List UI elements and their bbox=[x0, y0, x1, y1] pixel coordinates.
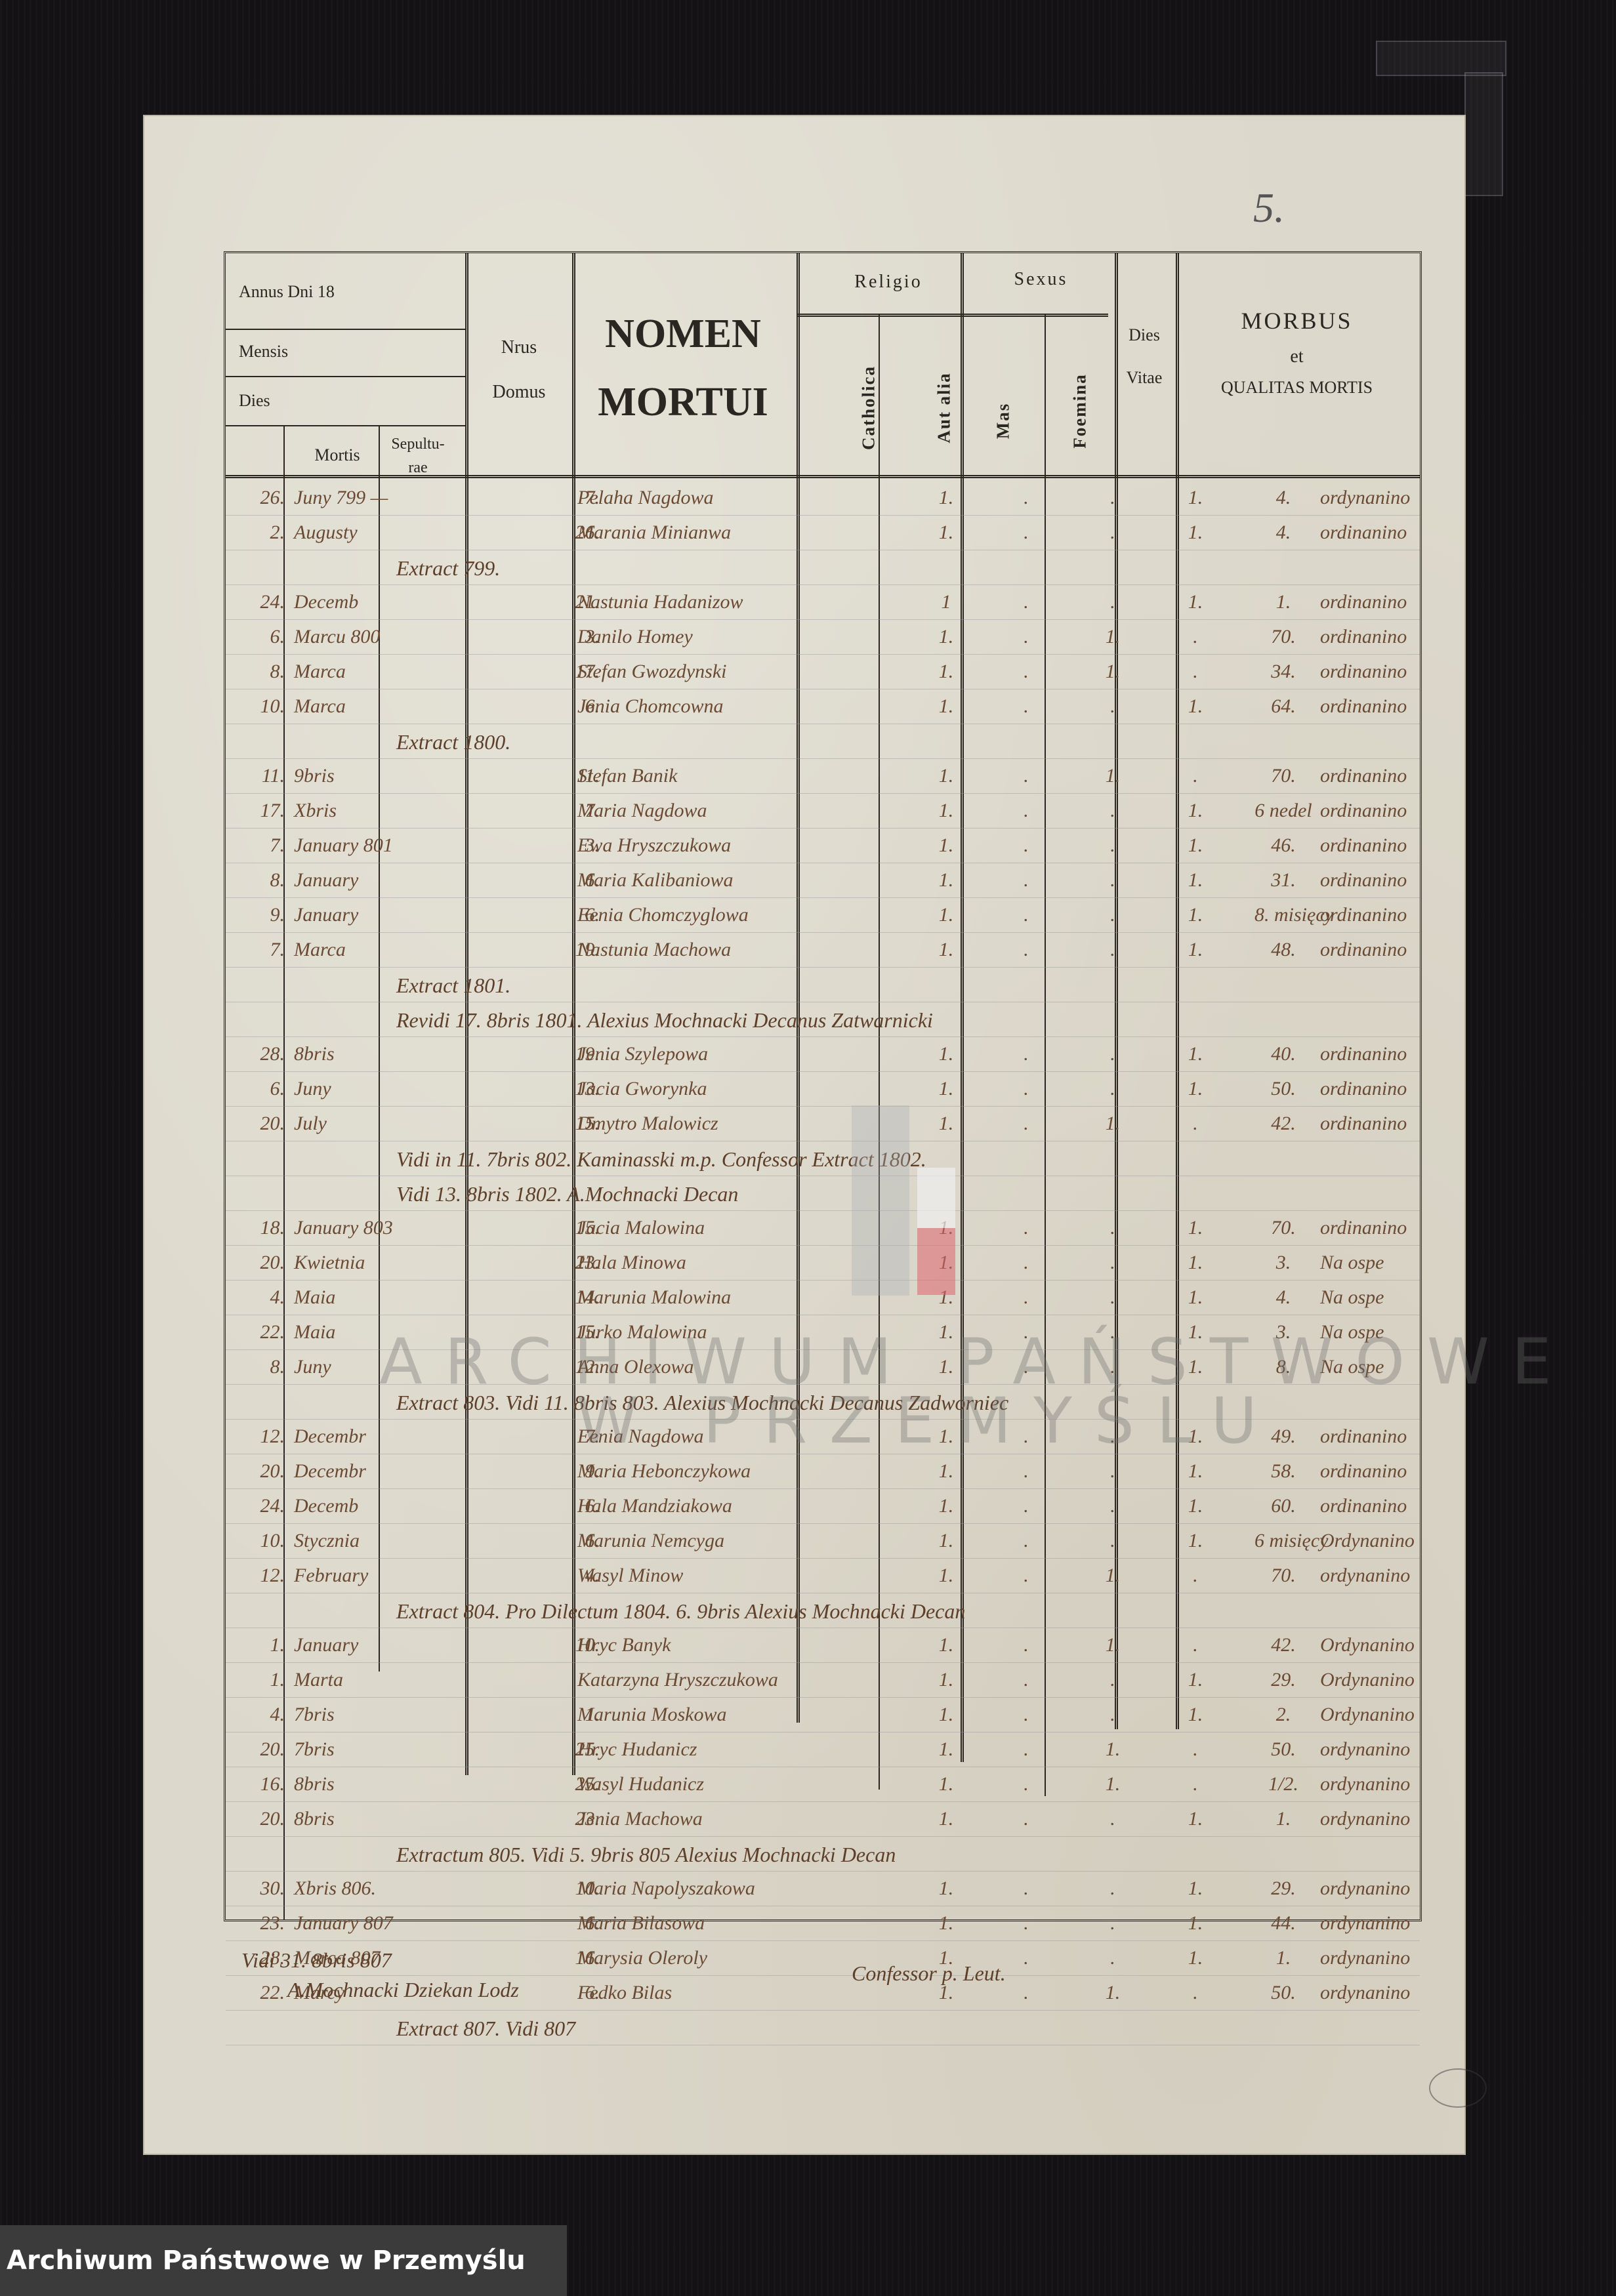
cell-dies: 20. bbox=[230, 1808, 285, 1830]
cell-morbus: Ordynanino bbox=[1320, 1669, 1464, 1691]
cell-vitae: 42. bbox=[1254, 1634, 1312, 1656]
ruled-line bbox=[226, 1940, 1420, 1941]
cell-mensis: 8bris bbox=[294, 1043, 465, 1065]
cell-dies: 26. bbox=[230, 487, 285, 509]
cell-foem: . bbox=[1176, 1773, 1215, 1795]
cell-cath: 1. bbox=[926, 1738, 966, 1761]
cell-cath: 1. bbox=[926, 1565, 966, 1587]
ruled-line bbox=[226, 515, 1420, 516]
note-text: Extract 1801. bbox=[396, 974, 510, 998]
ruled-line bbox=[226, 550, 1420, 550]
cell-morbus: ordinanino bbox=[1320, 1078, 1464, 1100]
cell-morbus: ordinanino bbox=[1320, 765, 1464, 787]
cell-vitae: 50. bbox=[1254, 1078, 1312, 1100]
cell-vitae: 6 nedel bbox=[1254, 800, 1312, 822]
cell-name: Marania Minianwa bbox=[577, 522, 919, 544]
cell-alia: . bbox=[1006, 1773, 1046, 1795]
cell-mensis: Marca bbox=[294, 661, 465, 683]
cell-foem: . bbox=[1176, 765, 1215, 787]
footer-confessor: Confessor p. Leut. bbox=[852, 1961, 1466, 1998]
cell-cath: 1. bbox=[926, 661, 966, 683]
cell-name: Wasyl Minow bbox=[577, 1565, 919, 1587]
cell-name: Jenia Machowa bbox=[577, 1808, 919, 1830]
cell-dies: 23. bbox=[230, 1912, 285, 1935]
cell-dies: 4. bbox=[230, 1704, 285, 1726]
cell-mensis: Decemb bbox=[294, 591, 465, 613]
cell-morbus: ordinanino bbox=[1320, 591, 1464, 613]
cell-alia: . bbox=[1006, 869, 1046, 892]
cell-cath: 1. bbox=[926, 487, 966, 509]
cell-morbus: ordinanino bbox=[1320, 834, 1464, 857]
cell-dies: 24. bbox=[230, 1495, 285, 1517]
cell-morbus: Ordynanino bbox=[1320, 1530, 1464, 1552]
cell-alia: . bbox=[1006, 1113, 1046, 1135]
register-page: 5. Annus Dni 18 Mensis Dies Mortis Sepul… bbox=[143, 115, 1466, 2155]
cell-foem: . bbox=[1176, 661, 1215, 683]
folio-number: 5. bbox=[1253, 184, 1285, 232]
cell-dies: 1. bbox=[230, 1634, 285, 1656]
cell-mas: . bbox=[1093, 522, 1132, 544]
register-entry-row: 8.January6.Maria Kalibaniowa1...1.31.ord… bbox=[226, 867, 1420, 903]
ruled-line bbox=[226, 1836, 1420, 1837]
register-note-row: Extract 804. Pro Dilectum 1804. 6. 9bris… bbox=[226, 1597, 1420, 1633]
register-entry-row: 16.8bris25.Wasyl Hudanicz1..1..1/2.ordyn… bbox=[226, 1771, 1420, 1807]
cell-alia: . bbox=[1006, 904, 1046, 926]
cell-alia: . bbox=[1006, 834, 1046, 857]
cell-dies: 30. bbox=[230, 1877, 285, 1900]
cell-name: Eenia Chomczyglowa bbox=[577, 904, 919, 926]
cell-mensis: July bbox=[294, 1113, 465, 1135]
cell-vitae: 50. bbox=[1254, 1738, 1312, 1761]
cell-vitae: 3. bbox=[1254, 1252, 1312, 1274]
cell-foem: 1. bbox=[1176, 1286, 1215, 1309]
header-mas: Mas bbox=[993, 382, 1014, 461]
cell-foem: 1. bbox=[1176, 1078, 1215, 1100]
cell-mensis: Marcu 800 bbox=[294, 626, 465, 648]
cell-name: Stefan Banik bbox=[577, 765, 919, 787]
cell-vitae: 70. bbox=[1254, 626, 1312, 648]
archive-label: Archiwum Państwowe w Przemyślu bbox=[7, 2245, 526, 2276]
ruled-line bbox=[226, 967, 1420, 968]
cell-morbus: ordinanino bbox=[1320, 522, 1464, 544]
cell-alia: . bbox=[1006, 487, 1046, 509]
cell-mensis: 8bris bbox=[294, 1773, 465, 1795]
cell-morbus: ordinanino bbox=[1320, 1043, 1464, 1065]
cell-morbus: ordynanino bbox=[1320, 1738, 1464, 1761]
cell-alia: . bbox=[1006, 939, 1046, 961]
ruled-line bbox=[226, 897, 1420, 898]
cell-foem: 1. bbox=[1176, 1217, 1215, 1239]
cell-name: Pelaha Nagdowa bbox=[577, 487, 919, 509]
cell-alia: . bbox=[1006, 522, 1046, 544]
cell-morbus: ordinanino bbox=[1320, 939, 1464, 961]
cell-mas: . bbox=[1093, 1704, 1132, 1726]
cell-foem: . bbox=[1176, 1738, 1215, 1761]
cell-dies: 18. bbox=[230, 1217, 285, 1239]
cell-dies: 6. bbox=[230, 1078, 285, 1100]
cell-alia: . bbox=[1006, 1078, 1046, 1100]
cell-alia: . bbox=[1006, 1912, 1046, 1935]
register-entry-row: 11.9bris11.Stefan Banik1..1..70.ordinani… bbox=[226, 762, 1420, 799]
cell-vitae: 60. bbox=[1254, 1495, 1312, 1517]
cell-morbus: Na ospe bbox=[1320, 1286, 1464, 1309]
cell-foem: . bbox=[1176, 1113, 1215, 1135]
cell-foem: 1. bbox=[1176, 800, 1215, 822]
cell-alia: . bbox=[1006, 1530, 1046, 1552]
cell-vitae: 4. bbox=[1254, 1286, 1312, 1309]
cell-dies: 2. bbox=[230, 522, 285, 544]
cell-cath: 1. bbox=[926, 1495, 966, 1517]
cell-vitae: 1. bbox=[1254, 591, 1312, 613]
ruled-line bbox=[226, 1801, 1420, 1802]
cell-alia: . bbox=[1006, 1286, 1046, 1309]
header-dies-vitae-2: Vitae bbox=[1115, 368, 1174, 388]
cell-mas: . bbox=[1093, 800, 1132, 822]
cell-cath: 1. bbox=[926, 834, 966, 857]
cell-mensis: 7bris bbox=[294, 1704, 465, 1726]
cell-morbus: ordinanino bbox=[1320, 1113, 1464, 1135]
color-flag-gray bbox=[852, 1105, 909, 1296]
cell-morbus: ordinanino bbox=[1320, 904, 1464, 926]
cell-mensis: January 801 bbox=[294, 834, 465, 857]
cell-dies: 12. bbox=[230, 1565, 285, 1587]
cell-morbus: ordinanino bbox=[1320, 1495, 1464, 1517]
cell-mensis: Stycznia bbox=[294, 1530, 465, 1552]
cell-morbus: ordinanino bbox=[1320, 800, 1464, 822]
cell-morbus: ordynanino bbox=[1320, 1565, 1464, 1587]
cell-dies: 22. bbox=[230, 1321, 285, 1343]
ruled-line bbox=[226, 1315, 1420, 1315]
register-note-row: Extract 1801. bbox=[226, 971, 1420, 1008]
ruled-line bbox=[226, 1280, 1420, 1281]
cell-morbus: ordinanino bbox=[1320, 1460, 1464, 1483]
header-mortis: Mortis bbox=[298, 445, 377, 465]
cell-morbus: Na ospe bbox=[1320, 1252, 1464, 1274]
cell-foem: . bbox=[1176, 1565, 1215, 1587]
ruled-line bbox=[226, 1732, 1420, 1732]
cell-alia: . bbox=[1006, 695, 1046, 718]
register-entry-row: 4.7bris1.Marunia Moskowa1...1.2.Ordynani… bbox=[226, 1701, 1420, 1738]
cell-foem: 1. bbox=[1176, 487, 1215, 509]
cell-alia: . bbox=[1006, 1634, 1046, 1656]
cell-morbus: ordinanino bbox=[1320, 1425, 1464, 1448]
ruled-line bbox=[226, 689, 1420, 689]
cell-foem: 1. bbox=[1176, 1808, 1215, 1830]
cell-mensis: January bbox=[294, 904, 465, 926]
cell-mensis: 7bris bbox=[294, 1738, 465, 1761]
cell-mensis: January bbox=[294, 1634, 465, 1656]
register-entry-row: 10.Marca6.Jenia Chomcowna1...1.64.ordina… bbox=[226, 693, 1420, 729]
register-entry-row: 10.Stycznia6.Marunia Nemcyga1...1.6 misi… bbox=[226, 1527, 1420, 1564]
cell-foem: 1. bbox=[1176, 695, 1215, 718]
cell-mensis: Marta bbox=[294, 1669, 465, 1691]
cell-alia: . bbox=[1006, 1495, 1046, 1517]
cell-foem: 1. bbox=[1176, 1877, 1215, 1900]
cell-vitae: 2. bbox=[1254, 1704, 1312, 1726]
cell-vitae: 58. bbox=[1254, 1460, 1312, 1483]
header-qualitas: QUALITAS MORTIS bbox=[1180, 378, 1413, 398]
cell-mas: . bbox=[1093, 1808, 1132, 1830]
cell-mas: . bbox=[1093, 1669, 1132, 1691]
header-nomen: NOMEN bbox=[575, 311, 791, 358]
cell-mensis: Juny 799 — bbox=[294, 487, 465, 509]
header-annus: Annus Dni 18 bbox=[239, 282, 363, 302]
cell-dies: 7. bbox=[230, 834, 285, 857]
note-text: Extract 799. bbox=[396, 556, 500, 581]
register-note-row: Revidi 17. 8bris 1801. Alexius Mochnacki… bbox=[226, 1006, 1420, 1042]
register-entry-row: 20.Decembr9.Maria Hebonczykowa1...1.58.o… bbox=[226, 1458, 1420, 1494]
cell-dies: 8. bbox=[230, 1356, 285, 1378]
header-sepulturae: Sepultu-rae bbox=[382, 432, 454, 480]
note-text: Extract 807. Vidi 807 bbox=[396, 2017, 575, 2041]
cell-mas: 1. bbox=[1093, 626, 1132, 648]
cell-foem: 1. bbox=[1176, 1252, 1215, 1274]
cell-mas: . bbox=[1093, 939, 1132, 961]
cell-mensis: February bbox=[294, 1565, 465, 1587]
ruled-line bbox=[226, 1871, 1420, 1872]
register-note-row: Extractum 805. Vidi 5. 9bris 805 Alexius… bbox=[226, 1840, 1420, 1877]
cell-mas: 1. bbox=[1093, 765, 1132, 787]
cell-foem: 1. bbox=[1176, 1912, 1215, 1935]
cell-name: Maria Kalibaniowa bbox=[577, 869, 919, 892]
cell-mensis: Marca bbox=[294, 939, 465, 961]
cell-dies: 24. bbox=[230, 591, 285, 613]
cell-cath: 1. bbox=[926, 1078, 966, 1100]
cell-mensis: January 803 bbox=[294, 1217, 465, 1239]
cell-cath: 1. bbox=[926, 1634, 966, 1656]
ruled-line bbox=[226, 619, 1420, 620]
cell-mas: . bbox=[1093, 834, 1132, 857]
header-domus: Domus bbox=[470, 382, 568, 403]
cell-foem: 1. bbox=[1176, 1460, 1215, 1483]
cell-mas: . bbox=[1093, 869, 1132, 892]
cell-mas: . bbox=[1093, 1877, 1132, 1900]
cell-name: Jacia Gworynka bbox=[577, 1078, 919, 1100]
register-entry-row: 1.MartaKatarzyna Hryszczukowa1...1.29.Or… bbox=[226, 1666, 1420, 1703]
cell-alia: . bbox=[1006, 661, 1046, 683]
ruled-line bbox=[226, 1523, 1420, 1524]
death-register-table: Annus Dni 18 Mensis Dies Mortis Sepultu-… bbox=[224, 251, 1422, 1921]
note-text: Vidi in 11. 7bris 802. Kaminasski m.p. C… bbox=[396, 1147, 926, 1172]
cell-mensis: Marca bbox=[294, 695, 465, 718]
cell-mas: . bbox=[1093, 1043, 1132, 1065]
cell-dies: 4. bbox=[230, 1286, 285, 1309]
cell-vitae: 40. bbox=[1254, 1043, 1312, 1065]
register-entry-row: 9.January6.Eenia Chomczyglowa1...1.8. mi… bbox=[226, 901, 1420, 938]
register-note-row: Extract 799. bbox=[226, 554, 1420, 590]
note-text: Extractum 805. Vidi 5. 9bris 805 Alexius… bbox=[396, 1843, 896, 1867]
note-text: Vidi 13. 8bris 1802. A.Mochnacki Decan bbox=[396, 1182, 738, 1206]
cell-dies: 22. bbox=[230, 1982, 285, 2004]
register-note-row: Extract 1800. bbox=[226, 728, 1420, 764]
cell-morbus: ordinanino bbox=[1320, 695, 1464, 718]
cell-morbus: ordynanino bbox=[1320, 1912, 1464, 1935]
register-entry-row: 26.Juny 799 —7.Pelaha Nagdowa1...1.4.ord… bbox=[226, 484, 1420, 521]
cell-name: Nastunia Machowa bbox=[577, 939, 919, 961]
cell-name: Nastunia Hadanizow bbox=[577, 591, 919, 613]
cell-morbus: ordinanino bbox=[1320, 1217, 1464, 1239]
cell-vitae: 1/2. bbox=[1254, 1773, 1312, 1795]
cell-name: Danilo Homey bbox=[577, 626, 919, 648]
cell-mas: . bbox=[1093, 1495, 1132, 1517]
header-mensis: Mensis bbox=[239, 342, 288, 361]
cell-name: Marunia Moskowa bbox=[577, 1704, 919, 1726]
ruled-line bbox=[226, 1628, 1420, 1628]
cell-dies: 11. bbox=[230, 765, 285, 787]
cell-mas: . bbox=[1093, 1286, 1132, 1309]
color-flag-red bbox=[917, 1228, 955, 1295]
header-religio: Religio bbox=[803, 272, 974, 293]
cell-foem: 1. bbox=[1176, 522, 1215, 544]
cell-morbus: ordynanino bbox=[1320, 1808, 1464, 1830]
ruled-line bbox=[226, 1106, 1420, 1107]
cell-foem: 1. bbox=[1176, 1495, 1215, 1517]
divider bbox=[226, 329, 465, 330]
cell-cath: 1. bbox=[926, 1912, 966, 1935]
cell-alia: . bbox=[1006, 1252, 1046, 1274]
divider bbox=[226, 376, 465, 377]
cell-alia: . bbox=[1006, 1217, 1046, 1239]
cell-cath: 1. bbox=[926, 800, 966, 822]
cell-mas: . bbox=[1093, 1217, 1132, 1239]
cell-cath: 1. bbox=[926, 904, 966, 926]
cell-vitae: 4. bbox=[1254, 487, 1312, 509]
cell-cath: 1. bbox=[926, 1669, 966, 1691]
cell-dies: 12. bbox=[230, 1425, 285, 1448]
header-foemina: Foemina bbox=[1070, 359, 1090, 464]
cell-alia: . bbox=[1006, 1043, 1046, 1065]
cell-foem: 1. bbox=[1176, 869, 1215, 892]
cell-cath: 1. bbox=[926, 1530, 966, 1552]
cell-foem: 1. bbox=[1176, 1704, 1215, 1726]
register-entry-row: 4.Maia14.Marunia Malowina1...1.4.Na ospe bbox=[226, 1284, 1420, 1321]
cell-mensis: Decembr bbox=[294, 1460, 465, 1483]
cell-mas: 1. bbox=[1093, 1634, 1132, 1656]
watermark-line-2: W PRZEMYŚLU bbox=[576, 1384, 1279, 1458]
cell-cath: 1. bbox=[926, 522, 966, 544]
cell-name: Hryc Hudanicz bbox=[577, 1738, 919, 1761]
cell-mas: 1. bbox=[1093, 661, 1132, 683]
register-entry-row: 2.Augusty26.Marania Minianwa1...1.4.ordi… bbox=[226, 519, 1420, 556]
cell-morbus: Ordynanino bbox=[1320, 1704, 1464, 1726]
ruled-line bbox=[226, 758, 1420, 759]
cell-vitae: 8. misięcy bbox=[1254, 904, 1312, 926]
cell-alia: . bbox=[1006, 591, 1046, 613]
cell-mas: 1. bbox=[1093, 1113, 1132, 1135]
ruled-line bbox=[226, 793, 1420, 794]
cell-vitae: 29. bbox=[1254, 1669, 1312, 1691]
ruled-line bbox=[226, 863, 1420, 863]
ruled-line bbox=[226, 584, 1420, 585]
ruled-line bbox=[226, 1141, 1420, 1141]
header-nrus: Nrus bbox=[470, 337, 568, 358]
register-entry-row: 18.January 80315.Jacia Malowina1...1.70.… bbox=[226, 1214, 1420, 1251]
cell-morbus: ordynanino bbox=[1320, 1877, 1464, 1900]
ruled-line bbox=[226, 654, 1420, 655]
cell-mas: . bbox=[1093, 1252, 1132, 1274]
cell-foem: 1. bbox=[1176, 904, 1215, 926]
cell-mas: 1. bbox=[1093, 1773, 1132, 1795]
cell-alia: . bbox=[1006, 1669, 1046, 1691]
ruled-line bbox=[226, 1906, 1420, 1906]
ruled-line bbox=[226, 1558, 1420, 1559]
header-sexus: Sexus bbox=[967, 269, 1115, 290]
cell-alia: . bbox=[1006, 1738, 1046, 1761]
register-entry-row: 12.February4.Wasyl Minow1..1..70.ordynan… bbox=[226, 1562, 1420, 1599]
cell-alia: . bbox=[1006, 1704, 1046, 1726]
cell-mas: 1. bbox=[1093, 1738, 1132, 1761]
cell-dies: 20. bbox=[230, 1738, 285, 1761]
cell-alia: . bbox=[1006, 765, 1046, 787]
ruled-line bbox=[226, 1662, 1420, 1663]
note-text: Extract 1800. bbox=[396, 730, 510, 754]
cell-foem: 1. bbox=[1176, 1043, 1215, 1065]
header-dies: Dies bbox=[239, 391, 270, 411]
cell-cath: 1. bbox=[926, 869, 966, 892]
ruled-line bbox=[226, 1488, 1420, 1489]
cell-mas: 1. bbox=[1093, 1565, 1132, 1587]
cell-cath: 1. bbox=[926, 1773, 966, 1795]
cell-vitae: 31. bbox=[1254, 869, 1312, 892]
cell-name: Maria Bilasowa bbox=[577, 1912, 919, 1935]
ruled-line bbox=[226, 932, 1420, 933]
cell-dies: 9. bbox=[230, 904, 285, 926]
cell-dies: 7. bbox=[230, 939, 285, 961]
register-entry-row: 17.Xbris7.Maria Nagdowa1...1.6 nedelordi… bbox=[226, 797, 1420, 834]
cell-vitae: 42. bbox=[1254, 1113, 1312, 1135]
divider bbox=[797, 314, 1108, 317]
register-note-row: Extract 807. Vidi 807 bbox=[226, 2014, 1420, 2051]
ruled-line bbox=[226, 1593, 1420, 1593]
cell-mensis: Augusty bbox=[294, 522, 465, 544]
cell-cath: 1. bbox=[926, 1877, 966, 1900]
cell-cath: 1. bbox=[926, 1704, 966, 1726]
ruled-line bbox=[226, 828, 1420, 829]
cell-vitae: 70. bbox=[1254, 1565, 1312, 1587]
register-entry-row: 8.Marca17.Stefan Gwozdynski1..1..34.ordi… bbox=[226, 658, 1420, 695]
cell-vitae: 64. bbox=[1254, 695, 1312, 718]
cell-dies: 10. bbox=[230, 695, 285, 718]
cell-vitae: 44. bbox=[1254, 1912, 1312, 1935]
cell-name: Jenia Szylepowa bbox=[577, 1043, 919, 1065]
cell-cath: 1. bbox=[926, 1808, 966, 1830]
header-aut-alia: Aut alia bbox=[934, 356, 955, 461]
cell-mensis: Maia bbox=[294, 1286, 465, 1309]
mounting-tape-side bbox=[1464, 72, 1503, 196]
header-dies-vitae-1: Dies bbox=[1115, 325, 1174, 345]
cell-mensis: January bbox=[294, 869, 465, 892]
cell-cath: 1. bbox=[926, 1113, 966, 1135]
cell-name: Wasyl Hudanicz bbox=[577, 1773, 919, 1795]
cell-mas: . bbox=[1093, 695, 1132, 718]
ruled-line bbox=[226, 1210, 1420, 1211]
cell-dies: 10. bbox=[230, 1530, 285, 1552]
cell-alia: . bbox=[1006, 1565, 1046, 1587]
register-entry-row: 20.7bris25.Hryc Hudanicz1..1..50.ordynan… bbox=[226, 1736, 1420, 1773]
cell-dies: 16. bbox=[230, 1773, 285, 1795]
cell-mensis: January 807 bbox=[294, 1912, 465, 1935]
cell-alia: . bbox=[1006, 800, 1046, 822]
register-note-row: Vidi 13. 8bris 1802. A.Mochnacki Decan bbox=[226, 1179, 1420, 1216]
register-entry-row: 28.8bris19.Jenia Szylepowa1...1.40.ordin… bbox=[226, 1040, 1420, 1077]
cell-mensis: 9bris bbox=[294, 765, 465, 787]
ruled-line bbox=[226, 1036, 1420, 1037]
ruled-line bbox=[226, 1002, 1420, 1002]
cell-dies: 8. bbox=[230, 869, 285, 892]
cell-vitae: 70. bbox=[1254, 1217, 1312, 1239]
cell-mensis: Decembr bbox=[294, 1425, 465, 1448]
cell-mensis: Decemb bbox=[294, 1495, 465, 1517]
